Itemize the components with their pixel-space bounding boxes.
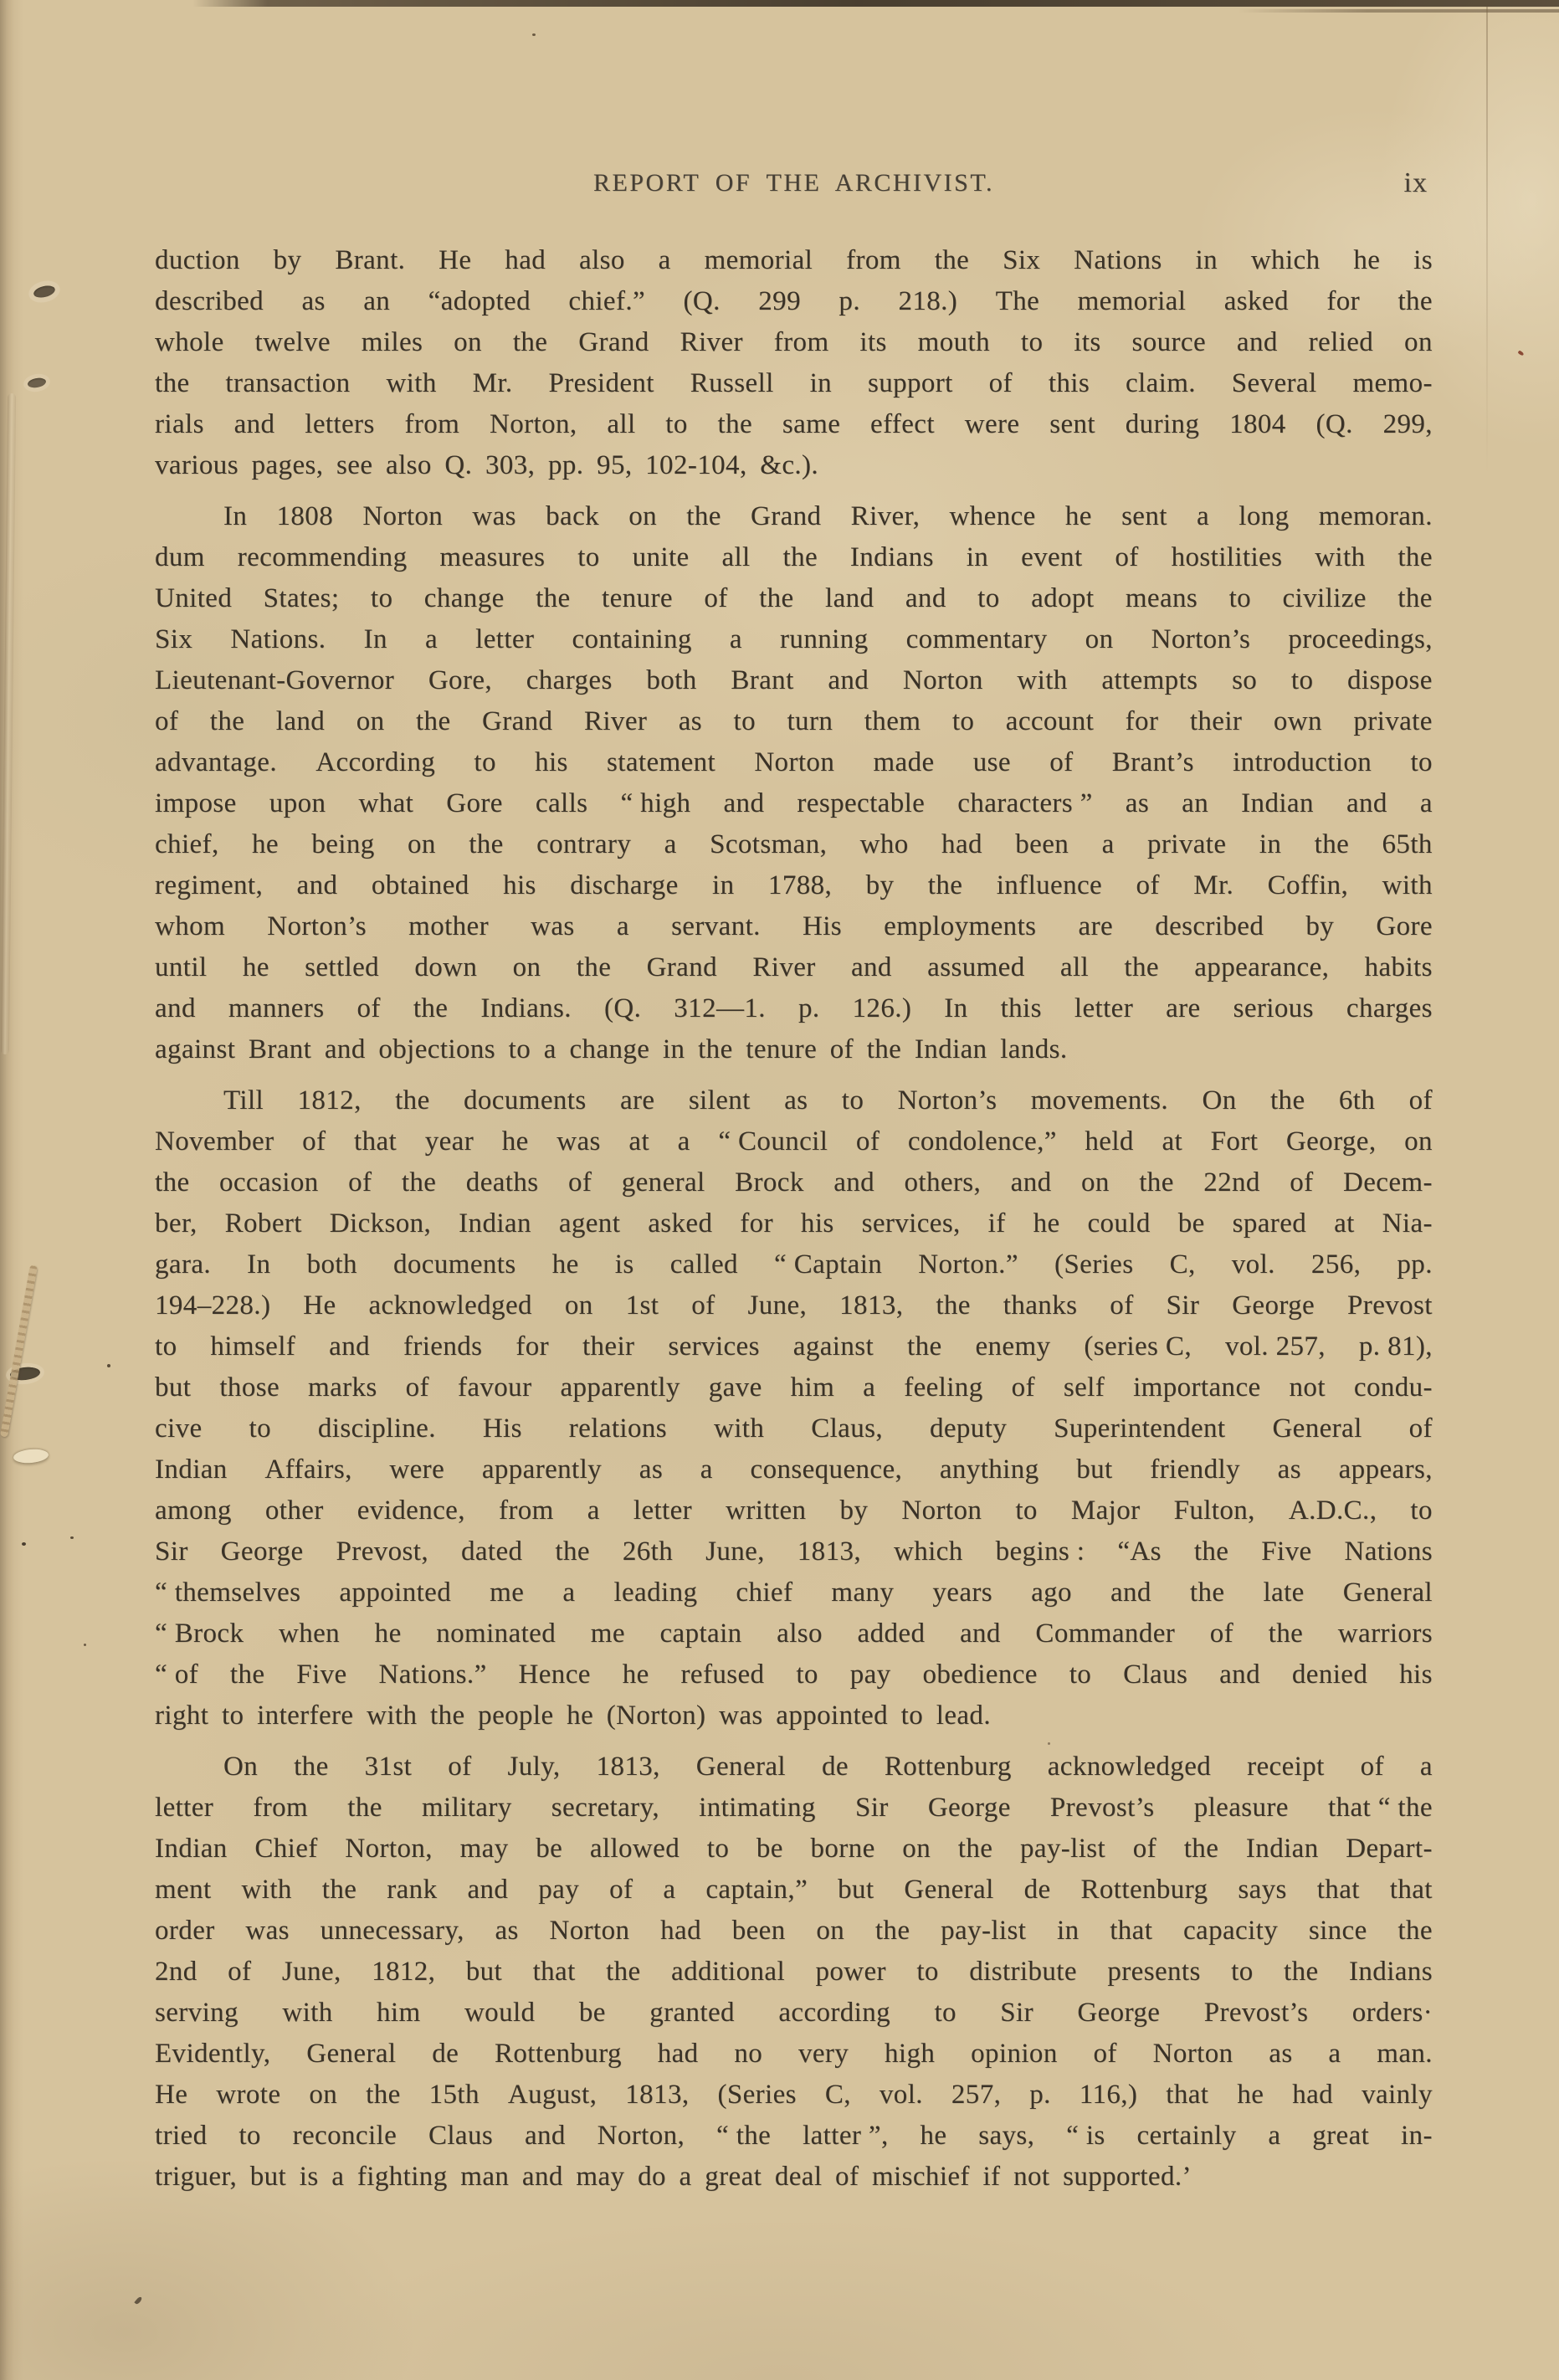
text-line: Evidently,GeneraldeRottenburghadnoveryhi…	[155, 2034, 1433, 2075]
text-line: IndianChiefNorton,maybeallowedtobeborneo…	[155, 1829, 1433, 1870]
text-line: imposeuponwhatGorecalls“ highandrespecta…	[155, 783, 1433, 824]
binding-hole	[27, 377, 47, 389]
text-line: right to interfere with the people he (N…	[155, 1695, 1433, 1736]
text-block: ductionbyBrant.Hehadalsoamemorialfromthe…	[155, 240, 1433, 2198]
text-line: servingwithhimwouldbegrantedaccordingtoS…	[155, 1993, 1433, 2034]
paragraph: In1808NortonwasbackontheGrandRiver,whenc…	[155, 496, 1433, 1070]
text-line: various pages, see also Q. 303, pp. 95, …	[155, 445, 1433, 486]
book-page-scan: { "colors": { "paper": "#d6c39d", "ink":…	[0, 0, 1559, 2380]
text-line: rialsandlettersfromNorton,alltothesameef…	[155, 404, 1433, 445]
paper-speck	[532, 33, 536, 36]
page-number: ix	[1404, 167, 1428, 199]
text-line: UnitedStates;tochangethetenureofthelanda…	[155, 578, 1433, 619]
text-line: dumrecommendingmeasurestounitealltheIndi…	[155, 537, 1433, 578]
text-line: “ Brockwhenhenominatedmecaptainalsoadded…	[155, 1613, 1433, 1654]
text-line: Hewroteonthe15thAugust,1813,(SeriesC,vol…	[155, 2075, 1433, 2116]
paper-speck	[1517, 350, 1524, 356]
text-line: amongotherevidence,fromaletterwrittenbyN…	[155, 1490, 1433, 1531]
text-line: Till1812,thedocumentsaresilentastoNorton…	[155, 1080, 1433, 1121]
text-line: untilhesettleddownontheGrandRiverandassu…	[155, 947, 1433, 988]
text-line: mentwiththerankandpayofacaptain,”butGene…	[155, 1870, 1433, 1911]
text-line: letterfromthemilitarysecretary,intimatin…	[155, 1788, 1433, 1829]
text-line: Lieutenant-GovernorGore,chargesbothBrant…	[155, 660, 1433, 701]
paper-speck	[84, 1644, 86, 1646]
binding-hole	[33, 284, 56, 300]
text-line: butthosemarksoffavourapparentlygavehimaf…	[155, 1367, 1433, 1408]
text-line: theoccasionofthedeathsofgeneralBrockando…	[155, 1162, 1433, 1203]
paper-speck	[107, 1364, 110, 1367]
text-line: triedtoreconcileClausandNorton,“ thelatt…	[155, 2116, 1433, 2157]
text-line: tohimselfandfriendsfortheirservicesagain…	[155, 1326, 1433, 1367]
text-line: thetransactionwithMr.PresidentRussellins…	[155, 363, 1433, 404]
text-line: IndianAffairs,wereapparentlyasaconsequen…	[155, 1449, 1433, 1490]
page-top-edge-shadow	[0, 0, 1559, 7]
paragraph: Onthe31stofJuly,1813,GeneraldeRottenburg…	[155, 1747, 1433, 2198]
text-line: regiment,andobtainedhisdischargein1788,b…	[155, 865, 1433, 906]
text-line: SirGeorgePrevost,datedthe26thJune,1813,w…	[155, 1531, 1433, 1572]
page-title: REPORT OF THE ARCHIVIST.	[593, 169, 994, 197]
text-line: against Brant and objections to a change…	[155, 1029, 1433, 1070]
text-line: Novemberofthatyearhewasata“ Councilofcon…	[155, 1121, 1433, 1162]
text-line: gara.Inbothdocumentsheiscalled“ CaptainN…	[155, 1244, 1433, 1285]
page-right-edge-crease	[1486, 7, 1488, 475]
paragraph: Till1812,thedocumentsaresilentastoNorton…	[155, 1080, 1433, 1736]
text-line: 2ndofJune,1812,butthattheadditionalpower…	[155, 1952, 1433, 1993]
text-line: SixNations.Inalettercontainingarunningco…	[155, 619, 1433, 660]
paper-speck	[134, 2296, 142, 2306]
text-line: triguer, but is a fighting man and may d…	[155, 2157, 1433, 2198]
paragraph: ductionbyBrant.Hehadalsoamemorialfromthe…	[155, 240, 1433, 486]
text-line: In1808NortonwasbackontheGrandRiver,whenc…	[155, 496, 1433, 537]
text-line: orderwasunnecessary,asNortonhadbeenonthe…	[155, 1911, 1433, 1952]
text-line: civetodiscipline.HisrelationswithClaus,d…	[155, 1408, 1433, 1449]
text-line: ber,RobertDickson,Indianagentaskedforhis…	[155, 1203, 1433, 1244]
text-line: describedasan“adoptedchief.”(Q.299p.218.…	[155, 281, 1433, 322]
text-line: andmannersoftheIndians.(Q.312—1.p.126.)I…	[155, 988, 1433, 1029]
page-top-edge-shadow-secondary	[1238, 9, 1559, 13]
page-left-edge-shadow	[0, 0, 23, 2380]
text-line: 194–228.)Heacknowledgedon1stofJune,1813,…	[155, 1285, 1433, 1326]
paper-speck	[70, 1536, 74, 1539]
running-head: REPORT OF THE ARCHIVIST. ix	[155, 169, 1433, 197]
text-line: “ themselvesappointedmealeadingchiefmany…	[155, 1572, 1433, 1613]
text-line: advantage.AccordingtohisstatementNortonm…	[155, 742, 1433, 783]
text-line: wholetwelvemilesontheGrandRiverfromitsmo…	[155, 322, 1433, 363]
paper-speck	[22, 1542, 26, 1546]
text-line: “ oftheFiveNations.”Henceherefusedtopayo…	[155, 1654, 1433, 1695]
text-line: chief,hebeingonthecontraryaScotsman,whoh…	[155, 824, 1433, 865]
text-line: ofthelandontheGrandRiverastoturnthemtoac…	[155, 701, 1433, 742]
text-line: Onthe31stofJuly,1813,GeneraldeRottenburg…	[155, 1747, 1433, 1788]
text-line: whomNorton’smotherwasaservant.Hisemploym…	[155, 906, 1433, 947]
text-line: ductionbyBrant.Hehadalsoamemorialfromthe…	[155, 240, 1433, 281]
